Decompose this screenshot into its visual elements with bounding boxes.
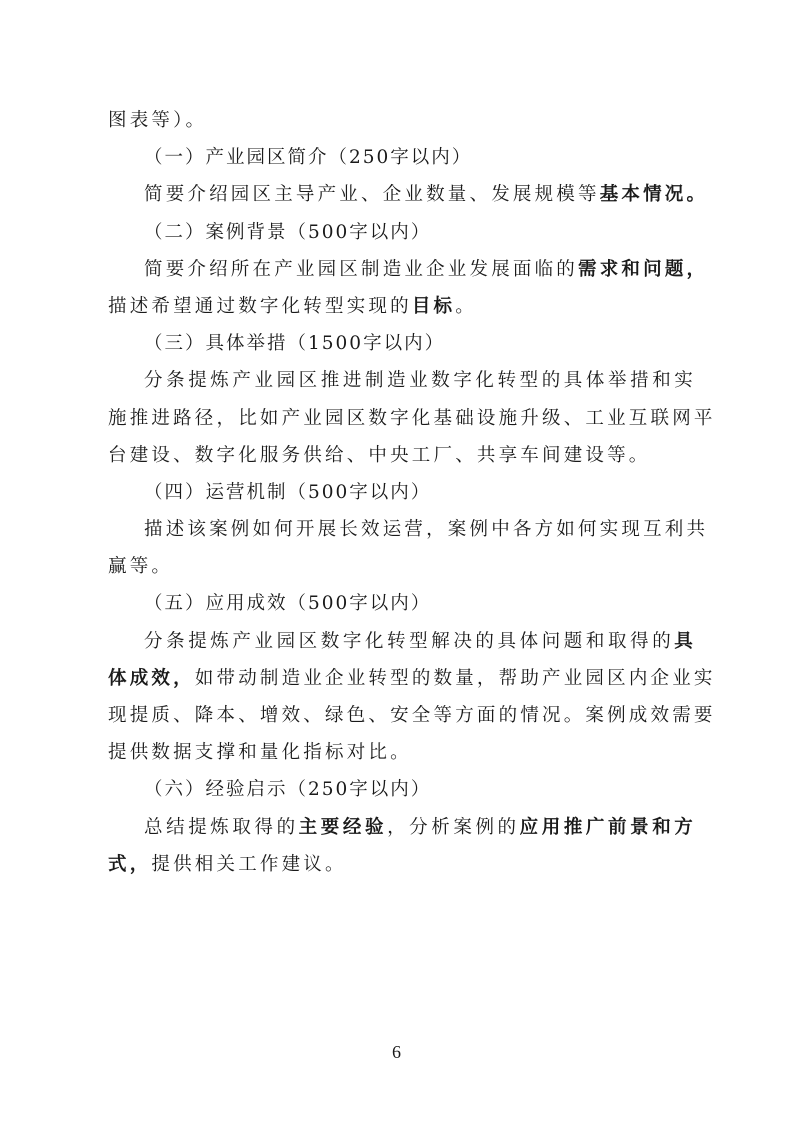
section-3-para-line: 分条提炼产业园区推进制造业数字化转型的具体举措和实 — [108, 362, 696, 399]
section-3-para-line: 施推进路径，比如产业园区数字化基础设施升级、工业互联网平 — [108, 400, 696, 437]
body-text: 。 — [455, 296, 477, 317]
section-5-para-line: 分条提炼产业园区数字化转型解决的具体问题和取得的具 — [108, 623, 696, 660]
section-6-para-line: 总结提炼取得的主要经验，分析案例的应用推广前景和方 — [108, 809, 696, 846]
body-text: 简要介绍所在产业园区制造业企业发展面临的 — [144, 259, 578, 280]
emphasis-text: 应用推广前景和方 — [520, 817, 696, 838]
section-4-para-line: 描述该案例如何开展长效运营，案例中各方如何实现互利共 — [108, 511, 696, 548]
body-text: 描述该案例如何开展长效运营，案例中各方如何实现互利共 — [144, 519, 708, 540]
section-5-para-line: 提供数据支撑和量化指标对比。 — [108, 734, 696, 771]
body-text: 提供数据支撑和量化指标对比。 — [108, 742, 412, 763]
section-5-para-line: 现提质、降本、增效、绿色、安全等方面的情况。案例成效需要 — [108, 697, 696, 734]
emphasis-text: 目标 — [412, 296, 455, 317]
document-body: 图表等）。 （一）产业园区简介（250字以内） 简要介绍园区主导产业、企业数量、… — [108, 102, 696, 883]
body-text: 赢等。 — [108, 556, 173, 577]
section-4-heading: （四）运营机制（500字以内） — [108, 474, 696, 511]
body-text: 如带动制造业企业转型的数量，帮助产业园区内企业实 — [195, 668, 716, 689]
section-6-para-line: 式，提供相关工作建议。 — [108, 846, 696, 883]
body-text: 总结提炼取得的 — [144, 817, 299, 838]
section-5-para-line: 体成效，如带动制造业企业转型的数量，帮助产业园区内企业实 — [108, 660, 696, 697]
body-text: 简要介绍园区主导产业、企业数量、发展规模等 — [144, 184, 600, 205]
section-3-para-line: 台建设、数字化服务供给、中央工厂、共享车间建设等。 — [108, 437, 696, 474]
page-number: 6 — [0, 1042, 793, 1063]
body-text: 分条提炼产业园区推进制造业数字化转型的具体举措和实 — [144, 370, 696, 391]
emphasis-text: 具 — [674, 631, 696, 652]
emphasis-text: 主要经验 — [299, 817, 387, 838]
body-text: 施推进路径，比如产业园区数字化基础设施升级、工业互联网平 — [108, 408, 716, 429]
section-1-para-line: 简要介绍园区主导产业、企业数量、发展规模等基本情况。 — [108, 176, 696, 213]
intro-tail-line: 图表等）。 — [108, 102, 696, 139]
body-text: ，分析案例的 — [387, 817, 520, 838]
section-6-heading: （六）经验启示（250字以内） — [108, 771, 696, 808]
emphasis-text: 式， — [108, 854, 151, 875]
section-5-heading: （五）应用成效（500字以内） — [108, 585, 696, 622]
section-2-para-line: 描述希望通过数字化转型实现的目标。 — [108, 288, 696, 325]
body-text: 分条提炼产业园区数字化转型解决的具体问题和取得的 — [144, 631, 674, 652]
body-text: 现提质、降本、增效、绿色、安全等方面的情况。案例成效需要 — [108, 705, 716, 726]
section-4-para-line: 赢等。 — [108, 548, 696, 585]
emphasis-text: 需求和问题， — [578, 259, 708, 280]
section-1-heading: （一）产业园区简介（250字以内） — [108, 139, 696, 176]
section-3-heading: （三）具体举措（1500字以内） — [108, 325, 696, 362]
section-2-heading: （二）案例背景（500字以内） — [108, 214, 696, 251]
emphasis-text: 基本情况。 — [600, 184, 709, 205]
emphasis-text: 体成效， — [108, 668, 195, 689]
body-text: 描述希望通过数字化转型实现的 — [108, 296, 412, 317]
body-text: 提供相关工作建议。 — [151, 854, 346, 875]
section-2-para-line: 简要介绍所在产业园区制造业企业发展面临的需求和问题， — [108, 251, 696, 288]
body-text: 台建设、数字化服务供给、中央工厂、共享车间建设等。 — [108, 445, 651, 466]
